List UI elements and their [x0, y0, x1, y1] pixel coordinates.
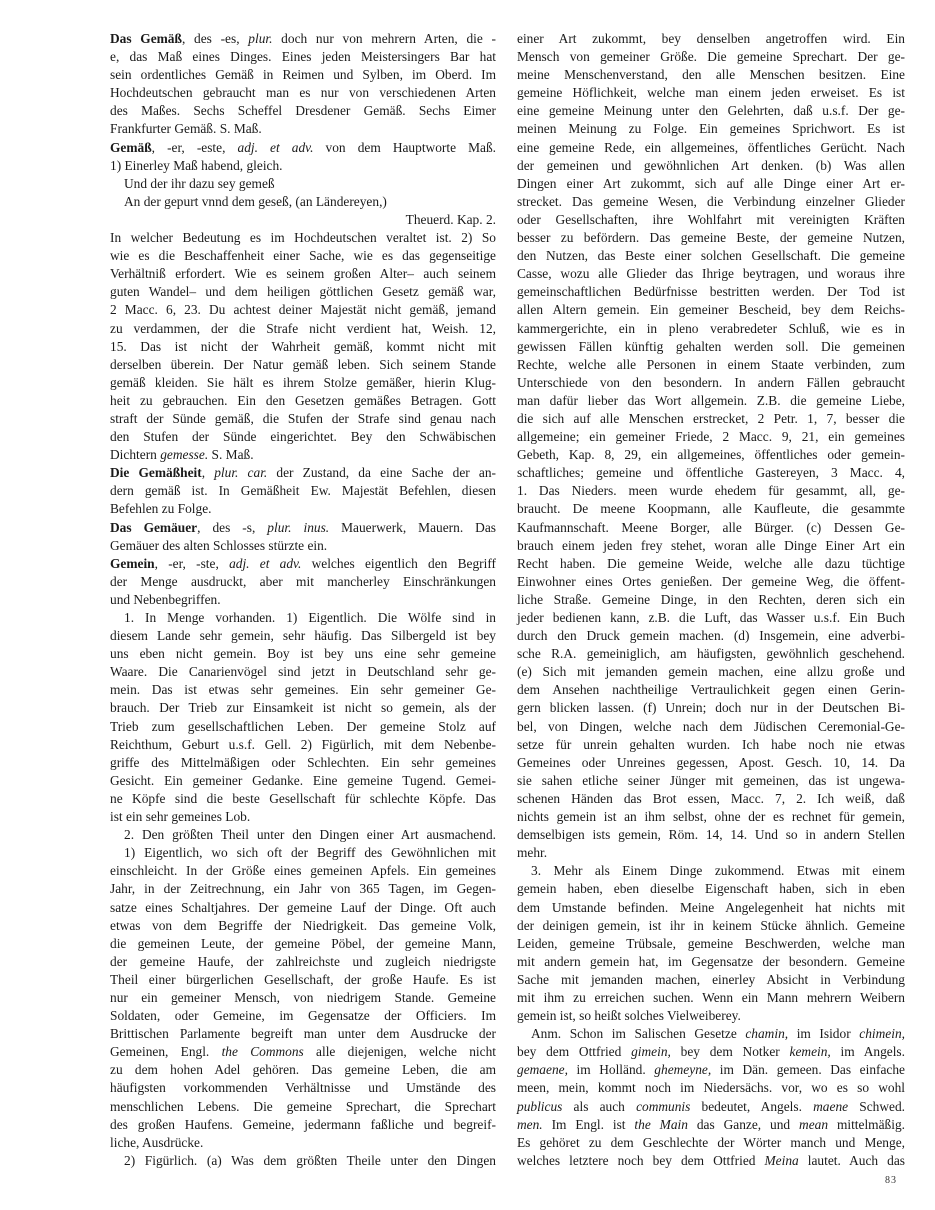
left-column: Das Gemäß, des -es, plur. doch nur von m… [110, 30, 496, 1170]
left_column-line: sein ordentliches Gemäß in Reimen und Sy… [110, 66, 496, 84]
right_column-line: men. Im Engl. ist the Main das Ganze, un… [517, 1116, 905, 1134]
right_column-line: allgemeine; ein gemeiner Friede, 2 Macc.… [517, 428, 905, 446]
right_column-line: brauch einem jeden frey stehet, woran al… [517, 537, 905, 555]
left_column-line: mein. Das ist etwas sehr gemeines. Ein s… [110, 681, 496, 699]
right_column-line: Dingen einer Art zukommt, sich auf alle … [517, 175, 905, 193]
right_column-line: demselbigen ists gemein, Röm. 14, 14. Un… [517, 826, 905, 844]
right_column-line: strecket. Das gemeine Wesen, die Verbind… [517, 193, 905, 211]
left_column-line: und Nebenbegriffen. [110, 591, 496, 609]
left_column-line: straft der Sünde gemäß, die Stufen der S… [110, 410, 496, 428]
right_column-line: meen, mein, kommt noch im Niedersächs. v… [517, 1079, 905, 1097]
right_column-line: schenen Händen das Brot essen, Macc. 7, … [517, 790, 905, 808]
right_column-line: Es gehöret zu dem Geschlechte der Wörter… [517, 1134, 905, 1152]
right_column-line: meine Menschenverstand, den alle Mensche… [517, 66, 905, 84]
right_column-line: setze für unrein gehalten wurden. Ich ha… [517, 736, 905, 754]
right_column-line: Casse, wozu alle Glieder das Ihrige beyt… [517, 265, 905, 283]
left_column-line: Trieb zum gesellschaftlichen Leben. Der … [110, 718, 496, 736]
right_column-line: Anm. Schon im Salischen Gesetze chamin, … [517, 1025, 905, 1043]
left_column-line: 2) Figürlich. (a) Was dem größten Theile… [110, 1152, 496, 1170]
right_column-line: mehr. [517, 844, 905, 862]
left_column-line: Jahr, in der Zeitrechnung, ein Jahr von … [110, 880, 496, 898]
left_column-line: Frankfurter Gemäß. S. Maß. [110, 120, 496, 138]
right_column-line: dem Umstande befinden. Meine Angelegenhe… [517, 899, 905, 917]
left_column-line: Theuerd. Kap. 2. [110, 211, 496, 229]
right_column-line: nichts gemein ist an ihm selbst, ohne de… [517, 808, 905, 826]
left_column-line: An der gepurt vnnd dem geseß, (an Länder… [110, 193, 496, 211]
right_column-line: durch den Druck gemein machen. (d) Insge… [517, 627, 905, 645]
left_column-line: etwas von dem Begriffe der Niedrigkeit. … [110, 917, 496, 935]
right_column-line: man dafür lieber das Wort allgemein. Z.B… [517, 392, 905, 410]
left_column-line: 1) Eigentlich, wo sich oft der Begriff d… [110, 844, 496, 862]
left_column-line: Gemäß, -er, -este, adj. et adv. von dem … [110, 139, 496, 157]
right_column-line: dem Ansehen nachtheilige Vertraulichkeit… [517, 681, 905, 699]
left_column-line: guten Wandel– und dem heiligen göttliche… [110, 283, 496, 301]
left_column-line: wie es die Beschaffenheit einer Sache, w… [110, 247, 496, 265]
left_column-line: Reichthum, Geburt u.s.f. Gell. 2) Figürl… [110, 736, 496, 754]
left_column-line: brauch. Der Trieb zur Einsamkeit ist nic… [110, 699, 496, 717]
left_column-line: der Menge ausdruckt, aber mit mancherley… [110, 573, 496, 591]
right_column-line: bey dem Ottfried gimein, bey dem Notker … [517, 1043, 905, 1061]
left_column-line: derselben überein. Der Natur gemäß leben… [110, 356, 496, 374]
left_column-line: den Stufen der Sünde eingerichtet. Bey d… [110, 428, 496, 446]
left_column-line: 2 Macc. 6, 23. Du achtest deiner Majestä… [110, 301, 496, 319]
left_column-line: 1) Einerley Maß habend, gleich. [110, 157, 496, 175]
left_column-line: Verhältniß erfordert. Wie es seinem groß… [110, 265, 496, 283]
right-column: einer Art zukommt, bey denselben angetro… [517, 30, 905, 1170]
right_column-line: eine gemeine Rede, ein allgemeines, öffe… [517, 139, 905, 157]
left_column-line: heit zu gebrauchen. Ein den Gesetzen gem… [110, 392, 496, 410]
left_column-line: häufigsten vorkommenden Verhältnisse und… [110, 1079, 496, 1097]
left_column-line: Das Gemäuer, des -s, plur. inus. Mauerwe… [110, 519, 496, 537]
right_column-line: Leiden, gemeine Trübsale, gemeine Beschw… [517, 935, 905, 953]
left_column-line: Waare. Die Canarienvögel sind jetzt in D… [110, 663, 496, 681]
left_column-line: Das Gemäß, des -es, plur. doch nur von m… [110, 30, 496, 48]
left_column-line: Soldaten, oder Gemeine, im Gegensatze de… [110, 1007, 496, 1025]
left_column-line: Dichtern gemesse. S. Maß. [110, 446, 496, 464]
left_column-line: Gemeinen, Engl. the Commons alle diejeni… [110, 1043, 496, 1061]
right_column-line: sche R.A. gemeiniglich, am häufigsten, g… [517, 645, 905, 663]
right_column-line: (e) Sich mit jemanden gemein machen, ein… [517, 663, 905, 681]
left_column-line: Die Gemäßheit, plur. car. der Zustand, d… [110, 464, 496, 482]
right_column-line: braucht. De meene Koopmann, alle Kaufleu… [517, 500, 905, 518]
left_column-line: Gesicht. Ein gemeiner Gedanke. Eine geme… [110, 772, 496, 790]
left_column-line: der gemeine Haufe, der zahlreichste und … [110, 953, 496, 971]
right_column-line: die sich auf alle Menschen erstrecket, 2… [517, 410, 905, 428]
right_column-line: gemeine Höflichkeit, welche man einem je… [517, 84, 905, 102]
left_column-line: 1. In Menge vorhanden. 1) Eigentlich. Di… [110, 609, 496, 627]
right_column-line: Rechte, welche alle Personen in einem St… [517, 356, 905, 374]
left_column-line: nur ein gemeiner Mensch, von niedrigem S… [110, 989, 496, 1007]
left_column-line: diesem Lande sehr gemein, sehr häufig. D… [110, 627, 496, 645]
right_column-line: Gemeines oder Unreines gegessen, Apost. … [517, 754, 905, 772]
left_column-line: Befehlen zu Folge. [110, 500, 496, 518]
right_column-line: jeder bedienen kann, z.B. die Luft, das … [517, 609, 905, 627]
left_column-line: satze eines Schaltjahres. Der gemeine La… [110, 899, 496, 917]
left_column-line: ne Köpfe sind die beste Gesellschaft für… [110, 790, 496, 808]
right_column-line: Gebeth, Kap. 8, 29, ein allgemeines, öff… [517, 446, 905, 464]
left_column-line: Gemein, -er, -ste, adj. et adv. welches … [110, 555, 496, 573]
right_column-line: mit andern gemein hat, im Gegensatze der… [517, 953, 905, 971]
right_column-line: liche Straße. Gemeine Dinge, in den Rech… [517, 591, 905, 609]
right_column-line: gemein haben, eben dieselbe Eigenschaft … [517, 880, 905, 898]
left_column-line: Und der ihr dazu sey gemeß [110, 175, 496, 193]
page-number: 83 [885, 1175, 897, 1186]
left_column-line: gemäß kleiden. Sie hält es ihrem Stolze … [110, 374, 496, 392]
right_column-line: welches letztere noch bey dem Ottfried M… [517, 1152, 905, 1170]
right_column-line: 3. Mehr als Einem Dinge zukommend. Etwas… [517, 862, 905, 880]
left_column-line: des Maßes. Sechs Scheffel Dresdener Gemä… [110, 102, 496, 120]
right_column-line: bel, von Dingen, welche nach dem Jüdisch… [517, 718, 905, 736]
left_column-line: zu dem hohen Adel gehören. Das gemeine L… [110, 1061, 496, 1079]
right_column-line: besser zu befördern. Das gemeine Beste, … [517, 229, 905, 247]
right_column-line: Recht haben. Die gemeine Weide, welche a… [517, 555, 905, 573]
left_column-line: e, das Maß eines Dinges. Eines jeden Mei… [110, 48, 496, 66]
right_column-line: mit ihm zu erreichen suchen. Wenn ein Ma… [517, 989, 905, 1007]
left_column-line: ist ein sehr gemeines Lob. [110, 808, 496, 826]
left_column-line: 2. Den größten Theil unter den Dingen ei… [110, 826, 496, 844]
left_column-line: griffe des Mittelmäßigen oder Schlechten… [110, 754, 496, 772]
left_column-line: 15. Das ist nicht der Wahrheit gemäß, ko… [110, 338, 496, 356]
right_column-line: einer Art zukommt, bey denselben angetro… [517, 30, 905, 48]
right_column-line: kammergerichte, ein in pleno verabredete… [517, 320, 905, 338]
left_column-line: menschlichen Lebens. Die gemeine Sprecha… [110, 1098, 496, 1116]
left_column-line: dern gemäß ist. In Gemäßheit Ew. Majestä… [110, 482, 496, 500]
right_column-line: sie sahen etliche seiner Jünger mit geme… [517, 772, 905, 790]
left_column-line: Hochdeutschen gebraucht man es nur von v… [110, 84, 496, 102]
right_column-line: publicus als auch communis bedeutet, Ang… [517, 1098, 905, 1116]
right_column-line: oder Gesellschaften, ihre Wohlfahrt mit … [517, 211, 905, 229]
right_column-line: der deinigen gemein, ist ihr in keinem S… [517, 917, 905, 935]
left_column-line: des großen Haufens. Gemeine, jedermann f… [110, 1116, 496, 1134]
right_column-line: schaftliches; gemeine und öffentliche Ga… [517, 464, 905, 482]
right_column-line: gemein ist, so heißt solches Vielweibere… [517, 1007, 905, 1025]
left_column-line: einschleicht. In der Größe eines gemeine… [110, 862, 496, 880]
right_column-line: den Nutzen, das Beste einer solchen Gese… [517, 247, 905, 265]
right_column-line: gewissen Fällen künftig gehalten werden … [517, 338, 905, 356]
right_column-line: gemeinschaftlichen Bedürfnisse bestritte… [517, 283, 905, 301]
right_column-line: 1. Das Nieders. meen wurde ehedem für ge… [517, 482, 905, 500]
right_column-line: gern blicken lassen. (f) Unrein; doch nu… [517, 699, 905, 717]
left_column-line: Gemäuer des alten Schlosses stürzte ein. [110, 537, 496, 555]
left_column-line: zu verdammen, der die Strafe nicht verdi… [110, 320, 496, 338]
left_column-line: uns eben nicht gemein. Boy ist bey uns e… [110, 645, 496, 663]
right_column-line: Mensch von gemeiner Größe. Die gemeine S… [517, 48, 905, 66]
left_column-line: Theil einer bürgerlichen Gesellschaft, d… [110, 971, 496, 989]
right_column-line: eine gemeine Meinung unter den Gelehrten… [517, 102, 905, 120]
right_column-line: der gemeinen und gewöhnlichen Art denken… [517, 157, 905, 175]
left_column-line: liche, Ausdrücke. [110, 1134, 496, 1152]
right_column-line: Kaufmannschaft. Meene Borger, alle Bürge… [517, 519, 905, 537]
right_column-line: Einwohner eines Ortes genießen. Der geme… [517, 573, 905, 591]
right_column-line: gemaene, im Holländ. ghemeyne, im Dän. g… [517, 1061, 905, 1079]
left_column-line: Brittischen Parlamente begreift man unte… [110, 1025, 496, 1043]
right_column-line: Unterschiede von den besondern. In ander… [517, 374, 905, 392]
right_column-line: Sache mit jemanden machen, einerley Absi… [517, 971, 905, 989]
left_column-line: In welcher Bedeutung es im Hochdeutschen… [110, 229, 496, 247]
left_column-line: die gemeinen Leute, der gemeine Pöbel, d… [110, 935, 496, 953]
right_column-line: allen Altern gemein. Ein gemeiner Besche… [517, 301, 905, 319]
right_column-line: meinen Meinung zu Folge. Ein gemeines Sp… [517, 120, 905, 138]
